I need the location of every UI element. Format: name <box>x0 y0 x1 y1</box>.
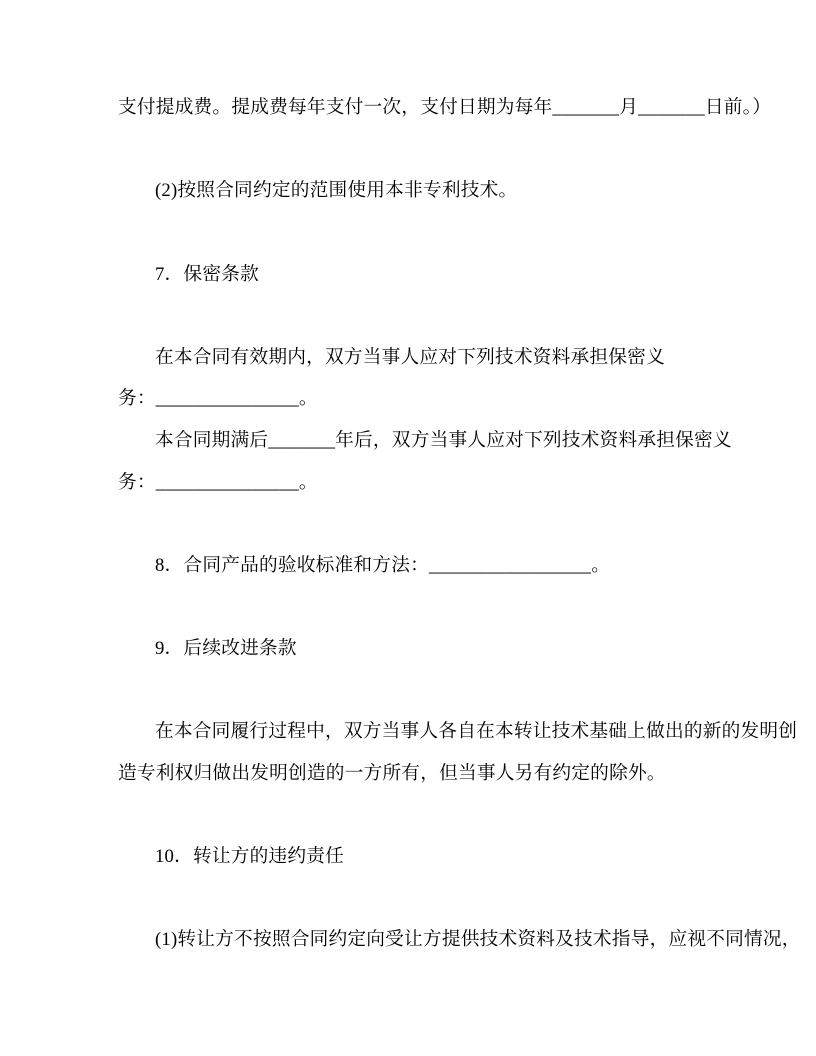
improvements-ownership-line-1: 在本合同履行过程中，双方当事人各自在本转让技术基础上做出的新的发明创 <box>118 709 700 751</box>
line-text: 本合同期满后_______年后，双方当事人应对下列技术资料承担保密义 <box>118 425 732 452</box>
spacer <box>118 127 700 169</box>
document-page: 支付提成费。提成费每年支付一次，支付日期为每年_______月_______日前… <box>0 0 816 1056</box>
confidentiality-after-expiry-line: 本合同期满后_______年后，双方当事人应对下列技术资料承担保密义 <box>118 418 700 460</box>
section-8-acceptance-standard-line: 8．合同产品的验收标准和方法：_________________。 <box>118 543 700 585</box>
line-text: 7．保密条款 <box>118 259 259 286</box>
royalty-payment-date-line: 支付提成费。提成费每年支付一次，支付日期为每年_______月_______日前… <box>118 85 700 127</box>
spacer <box>118 293 700 335</box>
line-text: 10．转让方的违约责任 <box>118 841 344 868</box>
line-text: 造专利权归做出发明创造的一方所有，但当事人另有约定的除外。 <box>118 758 666 785</box>
spacer <box>118 584 700 626</box>
confidentiality-after-expiry-blank-line: 务：_______________。 <box>118 459 700 501</box>
section-7-confidentiality-heading: 7．保密条款 <box>118 251 700 293</box>
spacer <box>118 667 700 709</box>
clause-1-transferor-breach-line: (1)转让方不按照合同约定向受让方提供技术资料及技术指导，应视不同情况， <box>118 917 700 959</box>
line-text: 9．后续改进条款 <box>118 633 297 660</box>
spacer <box>118 875 700 917</box>
spacer <box>118 501 700 543</box>
spacer <box>118 792 700 834</box>
confidentiality-during-term-blank-line: 务：_______________。 <box>118 376 700 418</box>
line-text: 支付提成费。提成费每年支付一次，支付日期为每年_______月_______日前… <box>118 92 771 119</box>
line-text: 务：_______________。 <box>118 383 318 410</box>
clause-2-usage-scope-line: (2)按照合同约定的范围使用本非专利技术。 <box>118 168 700 210</box>
line-text: (1)转让方不按照合同约定向受让方提供技术资料及技术指导，应视不同情况， <box>118 924 801 951</box>
line-text: 在本合同履行过程中，双方当事人各自在本转让技术基础上做出的新的发明创 <box>118 716 797 743</box>
spacer <box>118 210 700 252</box>
line-text: (2)按照合同约定的范围使用本非专利技术。 <box>118 175 517 202</box>
line-text: 务：_______________。 <box>118 467 318 494</box>
line-text: 在本合同有效期内，双方当事人应对下列技术资料承担保密义 <box>118 342 665 369</box>
section-9-improvements-heading: 9．后续改进条款 <box>118 626 700 668</box>
improvements-ownership-line-2: 造专利权归做出发明创造的一方所有，但当事人另有约定的除外。 <box>118 751 700 793</box>
confidentiality-during-term-line: 在本合同有效期内，双方当事人应对下列技术资料承担保密义 <box>118 335 700 377</box>
section-10-breach-liability-heading: 10．转让方的违约责任 <box>118 834 700 876</box>
line-text: 8．合同产品的验收标准和方法：_________________。 <box>118 550 610 577</box>
